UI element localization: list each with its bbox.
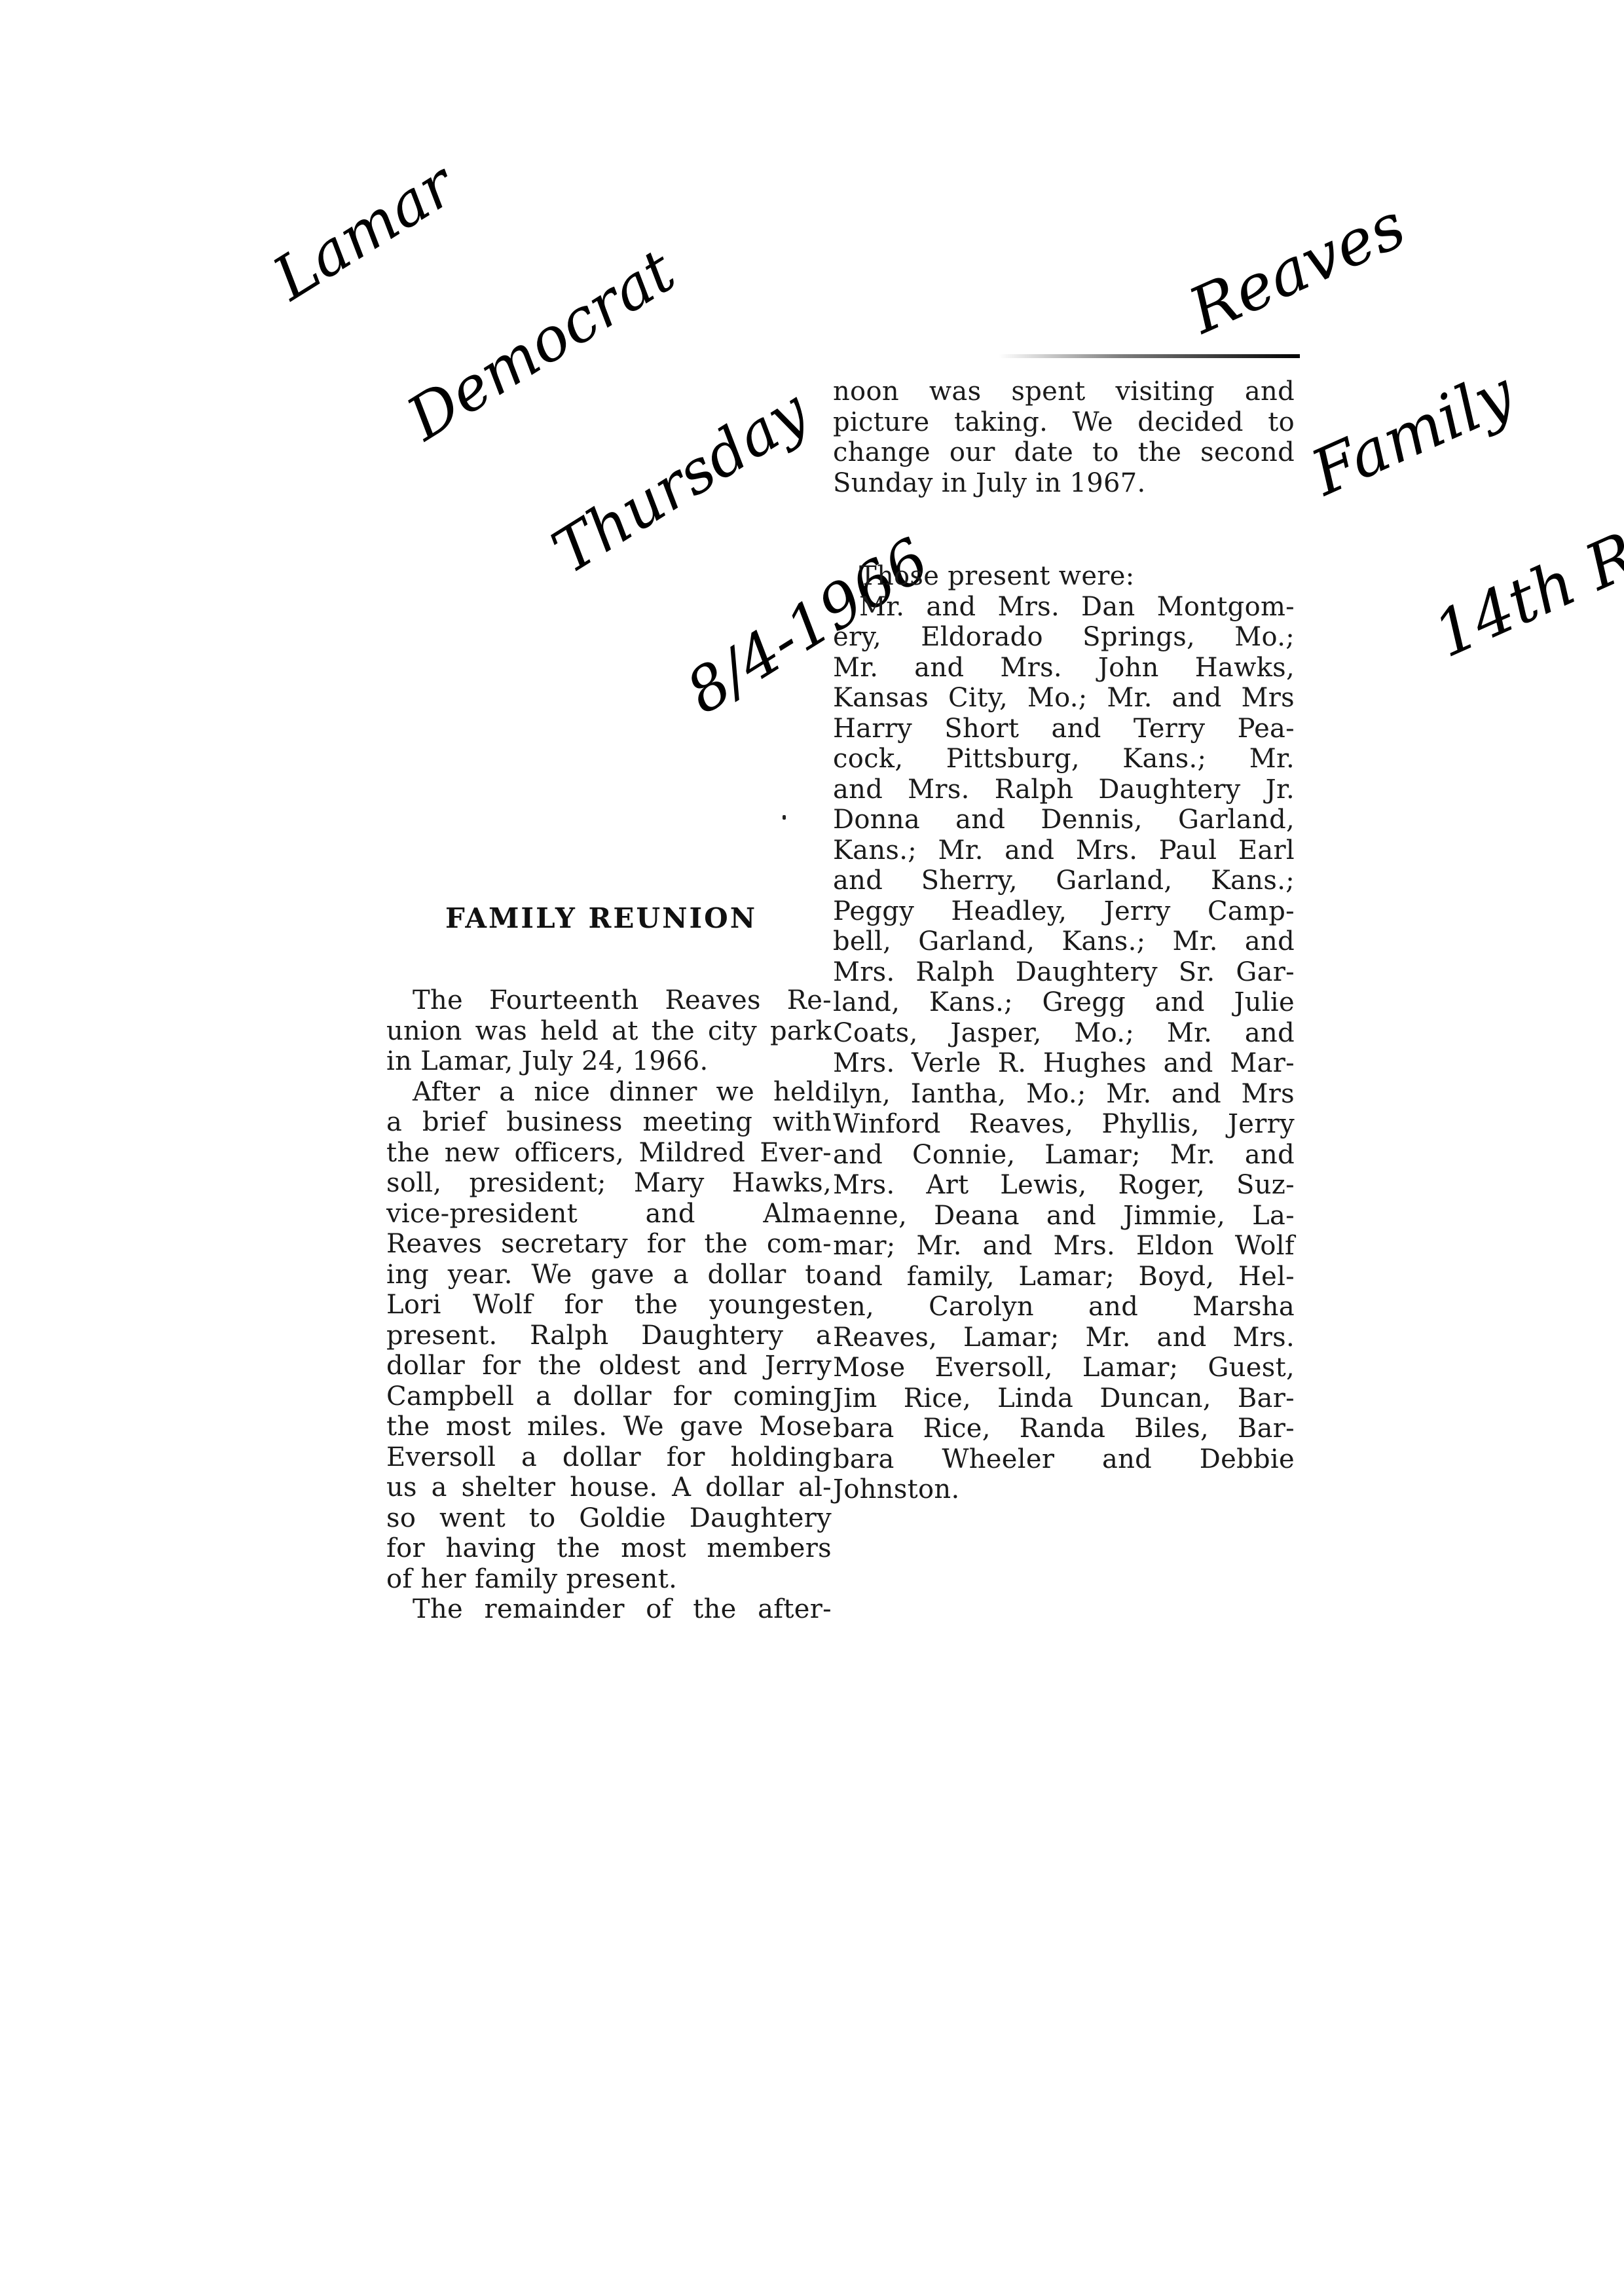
article-text-line: bara Wheeler and Debbie bbox=[833, 1444, 1295, 1475]
article-text-line: After a nice dinner we held bbox=[386, 1077, 832, 1108]
article-text-line: vice-president and Alma bbox=[386, 1199, 832, 1230]
article-text-line: en, Carolyn and Marsha bbox=[833, 1292, 1295, 1322]
article-text-line: so went to Goldie Daughtery bbox=[386, 1503, 832, 1534]
article-text-line: Mrs. Ralph Daughtery Sr. Gar- bbox=[833, 957, 1295, 988]
article-text-line: cock, Pittsburg, Kans.; Mr. bbox=[833, 744, 1295, 774]
article-text-line: Reaves, Lamar; Mr. and Mrs. bbox=[833, 1322, 1295, 1353]
article-text-line: mar; Mr. and Mrs. Eldon Wolf bbox=[833, 1231, 1295, 1262]
article-text-line: of her family present. bbox=[386, 1564, 832, 1595]
scanned-page: Lamar Democrat Thursday 8/4-1966 Reaves … bbox=[0, 0, 1624, 2296]
article-text-line: us a shelter house. A dollar al- bbox=[386, 1472, 832, 1503]
handwritten-line: 14th Reunion bbox=[1425, 434, 1624, 669]
article-left-column: The Fourteenth Reaves Re-union was held … bbox=[386, 985, 832, 1625]
article-attendees-column: Those present were:Mr. and Mrs. Dan Mont… bbox=[833, 561, 1295, 1505]
scan-speck bbox=[783, 815, 786, 820]
article-text-line: in Lamar, July 24, 1966. bbox=[386, 1046, 832, 1077]
article-text-line: The Fourteenth Reaves Re- bbox=[386, 985, 832, 1016]
article-text-line: ilyn, Iantha, Mo.; Mr. and Mrs bbox=[833, 1079, 1295, 1110]
article-text-line: for having the most members bbox=[386, 1533, 832, 1564]
article-headline: FAMILY REUNION bbox=[445, 902, 757, 934]
article-text-line: Kansas City, Mo.; Mr. and Mrs bbox=[833, 683, 1295, 714]
article-text-line: ery, Eldorado Springs, Mo.; bbox=[833, 622, 1295, 653]
article-text-line: Mose Eversoll, Lamar; Guest, bbox=[833, 1353, 1295, 1383]
article-text-line: and family, Lamar; Boyd, Hel- bbox=[833, 1262, 1295, 1292]
article-text-line: dollar for the oldest and Jerry bbox=[386, 1351, 832, 1381]
clipping-column-rule bbox=[999, 354, 1300, 358]
article-text-line: the new officers, Mildred Ever- bbox=[386, 1138, 832, 1169]
article-text-line: a brief business meeting with bbox=[386, 1107, 832, 1138]
article-text-line: Mr. and Mrs. Dan Montgom- bbox=[833, 592, 1295, 623]
article-text-line: Kans.; Mr. and Mrs. Paul Earl bbox=[833, 835, 1295, 866]
article-text-line: change our date to the second bbox=[833, 437, 1295, 468]
article-text-line: Mr. and Mrs. John Hawks, bbox=[833, 653, 1295, 683]
article-text-line: Jim Rice, Linda Duncan, Bar- bbox=[833, 1383, 1295, 1414]
handwritten-line: Democrat bbox=[397, 206, 738, 452]
article-text-line: Mrs. Verle R. Hughes and Mar- bbox=[833, 1048, 1295, 1079]
article-text-line: noon was spent visiting and bbox=[833, 376, 1295, 407]
article-text-line: bara Rice, Randa Biles, Bar- bbox=[833, 1413, 1295, 1444]
article-text-line: Eversoll a dollar for holding bbox=[386, 1442, 832, 1473]
article-text-line: Lori Wolf for the youngest bbox=[386, 1290, 832, 1321]
handwritten-line: Reaves bbox=[1180, 72, 1624, 344]
article-text-line: Reaves secretary for the com- bbox=[386, 1229, 832, 1260]
article-text-line: land, Kans.; Gregg and Julie bbox=[833, 987, 1295, 1018]
handwritten-line: Lamar bbox=[263, 45, 637, 312]
article-text-line: and Mrs. Ralph Daughtery Jr. bbox=[833, 774, 1295, 805]
article-text-line: soll, president; Mary Hawks, bbox=[386, 1168, 832, 1199]
article-text-line: Those present were: bbox=[833, 561, 1295, 592]
article-text-line: present. Ralph Daughtery a bbox=[386, 1321, 832, 1351]
article-text-line: Johnston. bbox=[833, 1474, 1295, 1505]
handwritten-line: Thursday bbox=[542, 367, 839, 585]
article-text-line: enne, Deana and Jimmie, La- bbox=[833, 1201, 1295, 1231]
article-text-line: and Connie, Lamar; Mr. and bbox=[833, 1140, 1295, 1171]
handwritten-line: Family bbox=[1302, 253, 1624, 507]
article-text-line: Peggy Headley, Jerry Camp- bbox=[833, 896, 1295, 927]
article-text-line: Winford Reaves, Phyllis, Jerry bbox=[833, 1109, 1295, 1140]
handwritten-word: 14th bbox=[1423, 546, 1586, 672]
article-text-line: Sunday in July in 1967. bbox=[833, 468, 1295, 499]
article-text-line: Mrs. Art Lewis, Roger, Suz- bbox=[833, 1170, 1295, 1201]
article-right-column-continuation: noon was spent visiting andpicture takin… bbox=[833, 376, 1295, 498]
article-text-line: and Sherry, Garland, Kans.; bbox=[833, 866, 1295, 896]
article-text-line: the most miles. We gave Mose bbox=[386, 1412, 832, 1442]
article-text-line: union was held at the city park bbox=[386, 1016, 832, 1047]
article-text-line: Harry Short and Terry Pea- bbox=[833, 714, 1295, 744]
article-text-line: Coats, Jasper, Mo.; Mr. and bbox=[833, 1018, 1295, 1049]
handwritten-word: Reunion bbox=[1575, 430, 1624, 604]
article-text-line: Donna and Dennis, Garland, bbox=[833, 805, 1295, 835]
article-text-line: Campbell a dollar for coming bbox=[386, 1381, 832, 1412]
article-text-line: The remainder of the after- bbox=[386, 1594, 832, 1625]
article-text-line: picture taking. We decided to bbox=[833, 407, 1295, 438]
article-text-line: bell, Garland, Kans.; Mr. and bbox=[833, 926, 1295, 957]
article-text-line: ing year. We gave a dollar to bbox=[386, 1260, 832, 1290]
